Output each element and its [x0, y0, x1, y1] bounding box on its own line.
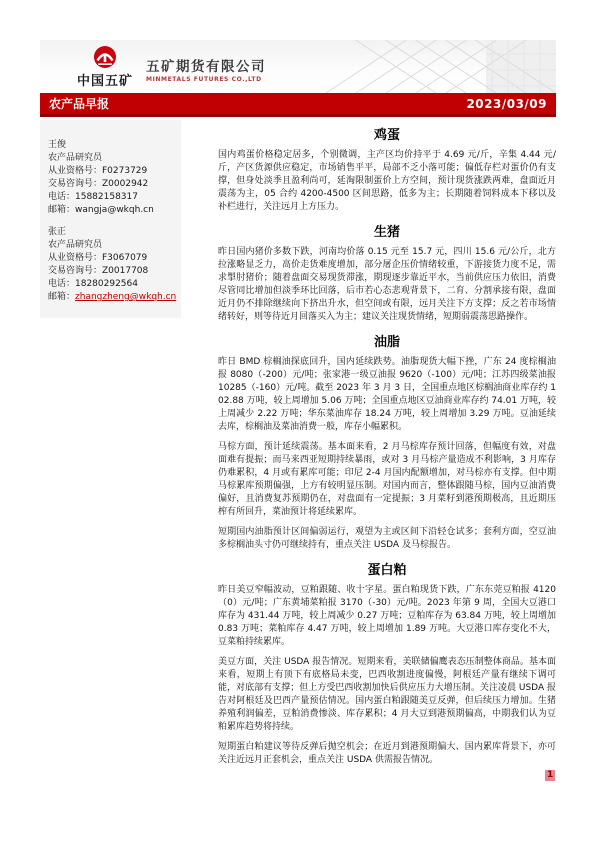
report-title: 农产品早报 — [49, 95, 109, 112]
analyst-phone: 电话：15882158317 — [48, 191, 213, 204]
analyst-qualification-number: 从业资格号：F3067079 — [48, 252, 213, 265]
section-heading-oils: 油脂 — [218, 336, 556, 350]
company-name: 五矿期货有限公司 — [146, 55, 266, 75]
analyst-name: 王俊 — [48, 139, 213, 152]
section-paragraph: 国内鸡蛋价格稳定居多，个别微调，主产区均价持平于 4.69 元/斤，辛集 4.4… — [218, 149, 556, 214]
logo-company-block: 五矿期货有限公司 MINMETALS FUTURES CO.,LTD — [146, 42, 266, 83]
analyst-email-row: 邮箱：wangja@wkqh.cn — [48, 204, 213, 217]
email-label: 邮箱： — [48, 205, 75, 215]
analyst-email-row: 邮箱：zhangzheng@wkqh.cn — [48, 291, 213, 304]
section-paragraph: 马棕方面，预计延续震荡。基本面来看，2 月马棕库存预计回落，但幅度有效，对盘面难… — [218, 441, 556, 519]
section-heading-eggs: 鸡蛋 — [218, 129, 556, 143]
analyst-advisory-number: 交易咨询号：Z0002942 — [48, 178, 213, 191]
logo-emblem-block: 中国五矿 — [74, 42, 136, 89]
analyst-phone: 电话：18280292564 — [48, 278, 213, 291]
email-label: 邮箱： — [48, 292, 75, 302]
logo-group-name: 中国五矿 — [77, 70, 133, 89]
section-heading-protein-meal: 蛋白粕 — [218, 564, 556, 578]
section-paragraph: 昨日美豆窄幅波动，豆粕跟随、收十字星。蛋白粕现货下跌，广东东莞豆粕报 4120（… — [218, 584, 556, 649]
analyst-email-link[interactable]: zhangzheng@wkqh.cn — [75, 292, 176, 302]
analyst-qualification-number: 从业资格号：F0273729 — [48, 165, 213, 178]
report-body: 鸡蛋 国内鸡蛋价格稳定居多，个别微调，主产区均价持平于 4.69 元/斤，辛集 … — [218, 129, 556, 767]
title-banner: 农产品早报 2023/03/09 — [40, 93, 556, 117]
building-watermark-image — [296, 40, 556, 93]
minmetals-emblem-icon — [93, 45, 117, 69]
section-paragraph: 短期蛋白粕建议等待反弹后抛空机会；在近月到港预期偏大、国内累库背景下，亦可关注近… — [218, 741, 556, 767]
section-paragraph: 昨日国内猪价多数下跌，河南均价落 0.15 元至 15.7 元，四川 15.6 … — [218, 246, 556, 324]
analyst-card: 王俊 农产品研究员 从业资格号：F0273729 交易咨询号：Z0002942 … — [48, 139, 213, 217]
section-heading-hogs: 生猪 — [218, 226, 556, 240]
page-number: 1 — [545, 770, 555, 781]
analyst-email-link[interactable]: wangja@wkqh.cn — [75, 205, 154, 215]
report-date: 2023/03/09 — [466, 97, 547, 111]
section-paragraph: 短期国内油脂预计区间偏弱运行，观望为主或区间下沿轻仓试多；套利方面，空豆油多棕榈… — [218, 526, 556, 552]
company-logo: 中国五矿 五矿期货有限公司 MINMETALS FUTURES CO.,LTD — [74, 42, 266, 89]
analyst-card: 张正 农产品研究员 从业资格号：F3067079 交易咨询号：Z0017708 … — [48, 226, 213, 304]
analyst-role: 农产品研究员 — [48, 152, 213, 165]
report-header: 中国五矿 五矿期货有限公司 MINMETALS FUTURES CO.,LTD — [40, 40, 556, 93]
section-paragraph: 昨日 BMD 棕榈油探底回升，国内延续跌势。油脂现货大幅下挫，广东 24 度棕榈… — [218, 356, 556, 434]
analyst-name: 张正 — [48, 226, 213, 239]
analyst-sidebar: 王俊 农产品研究员 从业资格号：F0273729 交易咨询号：Z0002942 … — [48, 139, 213, 304]
report-page: 中国五矿 五矿期货有限公司 MINMETALS FUTURES CO.,LTD … — [0, 0, 596, 842]
company-name-english: MINMETALS FUTURES CO.,LTD — [146, 76, 266, 83]
analyst-advisory-number: 交易咨询号：Z0017708 — [48, 265, 213, 278]
analyst-role: 农产品研究员 — [48, 239, 213, 252]
section-paragraph: 美豆方面，关注 USDA 报告情况。短期来看，美联储偏鹰表态压制整体商品。基本面… — [218, 656, 556, 734]
